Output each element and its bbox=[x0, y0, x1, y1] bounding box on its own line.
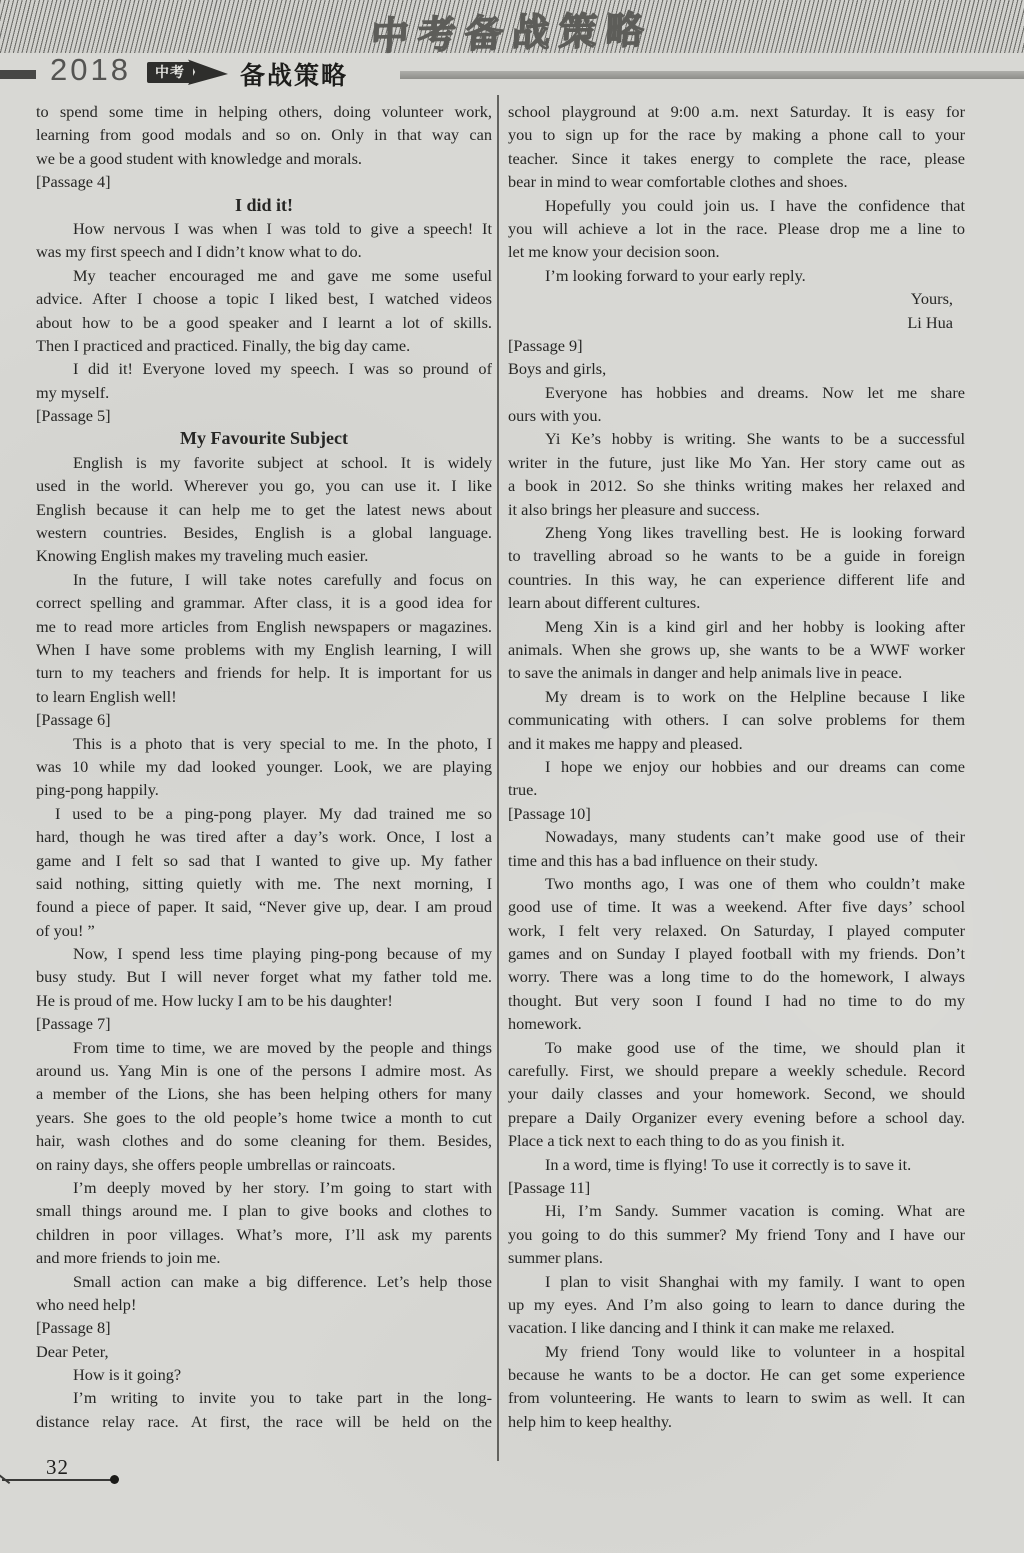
text-line: communicating with others. I can solve p… bbox=[508, 708, 965, 731]
text-line: around us. Yang Min is one of the person… bbox=[36, 1059, 492, 1082]
text-line: advice. After I choose a topic I liked b… bbox=[36, 287, 492, 310]
scanned-book-page: 中考备战策略 2018 中考 备战策略 to spend some time i… bbox=[0, 0, 1024, 1553]
text-line: to spend some time in helping others, do… bbox=[36, 100, 492, 123]
text-line: How is it going? bbox=[36, 1363, 492, 1386]
text-line: found a piece of paper. It said, “Never … bbox=[36, 895, 492, 918]
text-line: My dream is to work on the Helpline beca… bbox=[508, 685, 965, 708]
text-line: From time to time, we are moved by the p… bbox=[36, 1036, 492, 1059]
text-line: Boys and girls, bbox=[508, 357, 965, 380]
text-line: Place a tick next to each thing to do as… bbox=[508, 1129, 965, 1152]
text-line: I used to be a ping-pong player. My dad … bbox=[36, 802, 492, 825]
header-badge: 中考 bbox=[147, 62, 193, 83]
text-line: I’m deeply moved by her story. I’m going… bbox=[36, 1176, 492, 1199]
signature-line: Yours, bbox=[508, 287, 965, 310]
passage-label: [Passage 11] bbox=[508, 1176, 965, 1199]
left-column: to spend some time in helping others, do… bbox=[36, 100, 492, 1433]
text-line: from volunteering. He wants to learn to … bbox=[508, 1386, 965, 1409]
top-striped-banner: 中考备战策略 bbox=[0, 0, 1024, 53]
footer-dot bbox=[110, 1475, 119, 1484]
text-line: hair, wash clothes and do some cleaning … bbox=[36, 1129, 492, 1152]
text-line: a book in 2012. So she thinks writing ma… bbox=[508, 474, 965, 497]
essay-title: My Favourite Subject bbox=[36, 427, 492, 450]
text-line: ours with you. bbox=[508, 404, 965, 427]
text-line: Zheng Yong likes travelling best. He is … bbox=[508, 521, 965, 544]
text-line: about how to be a good speaker and I lea… bbox=[36, 311, 492, 334]
text-line: I hope we enjoy our hobbies and our drea… bbox=[508, 755, 965, 778]
text-line: my myself. bbox=[36, 381, 492, 404]
text-line: to travelling abroad so he wants to be a… bbox=[508, 544, 965, 567]
text-line: Now, I spend less time playing ping-pong… bbox=[36, 942, 492, 965]
text-line: vacation. I like dancing and I think it … bbox=[508, 1316, 965, 1339]
text-line: thought. But very soon I found I had no … bbox=[508, 989, 965, 1012]
passage-label: [Passage 6] bbox=[36, 708, 492, 731]
text-line: My friend Tony would like to volunteer i… bbox=[508, 1340, 965, 1363]
text-line: correct spelling and grammar. After clas… bbox=[36, 591, 492, 614]
text-line: good use of time. It was a weekend. Afte… bbox=[508, 895, 965, 918]
passage-label: [Passage 4] bbox=[36, 170, 492, 193]
text-line: who need help! bbox=[36, 1293, 492, 1316]
page-number: 32 bbox=[46, 1455, 69, 1480]
text-line: school playground at 9:00 a.m. next Satu… bbox=[508, 100, 965, 123]
passage-label: [Passage 5] bbox=[36, 404, 492, 427]
passage-label: [Passage 9] bbox=[508, 334, 965, 357]
text-line: prepare a Daily Organizer every evening … bbox=[508, 1106, 965, 1129]
text-line: and it makes me happy and pleased. bbox=[508, 732, 965, 755]
text-line: worry. There was a long time to do the h… bbox=[508, 965, 965, 988]
text-line: me to read more articles from English ne… bbox=[36, 615, 492, 638]
text-line: Two months ago, I was one of them who co… bbox=[508, 872, 965, 895]
text-line: In the future, I will take notes careful… bbox=[36, 568, 492, 591]
text-line: to save the animals in danger and help a… bbox=[508, 661, 965, 684]
text-line: Small action can make a big difference. … bbox=[36, 1270, 492, 1293]
text-line: English because it can help me to get th… bbox=[36, 498, 492, 521]
text-line: let me know your decision soon. bbox=[508, 240, 965, 263]
text-line: To make good use of the time, we should … bbox=[508, 1036, 965, 1059]
text-line: on rainy days, she offers people umbrell… bbox=[36, 1153, 492, 1176]
text-line: a member of the Lions, she has been help… bbox=[36, 1082, 492, 1105]
text-line: small things around me. I plan to give b… bbox=[36, 1199, 492, 1222]
text-line: English is my favorite subject at school… bbox=[36, 451, 492, 474]
text-line: homework. bbox=[508, 1012, 965, 1035]
text-line: busy study. But I will never forget what… bbox=[36, 965, 492, 988]
text-line: true. bbox=[508, 778, 965, 801]
passage-label: [Passage 7] bbox=[36, 1012, 492, 1035]
footer-tick-line bbox=[0, 1470, 10, 1484]
text-line: Hi, I’m Sandy. Summer vacation is coming… bbox=[508, 1199, 965, 1222]
text-line: Yi Ke’s hobby is writing. She wants to b… bbox=[508, 427, 965, 450]
text-line: you to sign up for the race by making a … bbox=[508, 123, 965, 146]
text-line: Then I practiced and practiced. Finally,… bbox=[36, 334, 492, 357]
header-year: 2018 bbox=[50, 52, 131, 88]
text-line: In a word, time is flying! To use it cor… bbox=[508, 1153, 965, 1176]
text-line: years. She goes to the old people’s home… bbox=[36, 1106, 492, 1129]
text-line: children in poor villages. What’s more, … bbox=[36, 1223, 492, 1246]
text-line: your daily classes and your homework. Se… bbox=[508, 1082, 965, 1105]
text-line: learning from good modals and so on. Onl… bbox=[36, 123, 492, 146]
text-line: Nowadays, many students can’t make good … bbox=[508, 825, 965, 848]
right-column: school playground at 9:00 a.m. next Satu… bbox=[508, 100, 965, 1433]
text-line: because he wants to be a doctor. He can … bbox=[508, 1363, 965, 1386]
passage-label: [Passage 8] bbox=[36, 1316, 492, 1339]
text-line: it also brings her pleasure and success. bbox=[508, 498, 965, 521]
header-left-bar bbox=[0, 70, 36, 79]
text-line: we be a good student with knowledge and … bbox=[36, 147, 492, 170]
text-line: When I have some problems with my Englis… bbox=[36, 638, 492, 661]
text-line: work, I felt very relaxed. On Saturday, … bbox=[508, 919, 965, 942]
text-line: teacher. Since it takes energy to comple… bbox=[508, 147, 965, 170]
scan-bottom-edge bbox=[0, 1549, 1024, 1553]
text-line: Knowing English makes my traveling much … bbox=[36, 544, 492, 567]
text-line: turn to my teachers and friends for help… bbox=[36, 661, 492, 684]
header-right-bar bbox=[400, 71, 1024, 79]
text-line: Meng Xin is a kind girl and her hobby is… bbox=[508, 615, 965, 638]
text-line: distance relay race. At first, the race … bbox=[36, 1410, 492, 1433]
text-line: said nothing, sitting quietly with me. T… bbox=[36, 872, 492, 895]
header-series-title: 备战策略 bbox=[240, 56, 348, 92]
passage-label: [Passage 10] bbox=[508, 802, 965, 825]
text-line: writer in the future, just like Mo Yan. … bbox=[508, 451, 965, 474]
text-line: This is a photo that is very special to … bbox=[36, 732, 492, 755]
banner-title: 中考备战策略 bbox=[0, 0, 1024, 69]
text-line: Hopefully you could join us. I have the … bbox=[508, 194, 965, 217]
essay-title: I did it! bbox=[36, 194, 492, 217]
text-line: ping-pong happily. bbox=[36, 778, 492, 801]
signature-line: Li Hua bbox=[508, 311, 965, 334]
text-line: and more friends to join me. bbox=[36, 1246, 492, 1269]
text-line: of you! ” bbox=[36, 919, 492, 942]
text-line: countries. In this way, he can experienc… bbox=[508, 568, 965, 591]
text-line: was 10 while my dad looked younger. Look… bbox=[36, 755, 492, 778]
footer-rule bbox=[2, 1479, 114, 1481]
text-line: to learn English well! bbox=[36, 685, 492, 708]
text-line: games and on Sunday I played football wi… bbox=[508, 942, 965, 965]
text-line: Everyone has hobbies and dreams. Now let… bbox=[508, 381, 965, 404]
text-line: you going to do this summer? My friend T… bbox=[508, 1223, 965, 1246]
text-line: summer plans. bbox=[508, 1246, 965, 1269]
text-line: He is proud of me. How lucky I am to be … bbox=[36, 989, 492, 1012]
text-line: animals. When she grows up, she wants to… bbox=[508, 638, 965, 661]
text-line: western countries. Besides, English is a… bbox=[36, 521, 492, 544]
text-line: How nervous I was when I was told to giv… bbox=[36, 217, 492, 240]
text-line: help him to keep healthy. bbox=[508, 1410, 965, 1433]
text-line: up my eyes. And I’m also going to learn … bbox=[508, 1293, 965, 1316]
text-line: Dear Peter, bbox=[36, 1340, 492, 1363]
text-line: hard, though he was tired after a day’s … bbox=[36, 825, 492, 848]
text-line: I plan to visit Shanghai with my family.… bbox=[508, 1270, 965, 1293]
text-line: used in the world. Wherever you go, you … bbox=[36, 474, 492, 497]
text-line: was my first speech and I didn’t know wh… bbox=[36, 240, 492, 263]
text-line: carefully. First, we should prepare a we… bbox=[508, 1059, 965, 1082]
text-line: I’m writing to invite you to take part i… bbox=[36, 1386, 492, 1409]
text-line: I did it! Everyone loved my speech. I wa… bbox=[36, 357, 492, 380]
text-line: game and I felt so sad that I wanted to … bbox=[36, 849, 492, 872]
column-divider bbox=[497, 95, 499, 1461]
text-line: bear in mind to wear comfortable clothes… bbox=[508, 170, 965, 193]
text-line: My teacher encouraged me and gave me som… bbox=[36, 264, 492, 287]
text-line: time and this has a bad influence on the… bbox=[508, 849, 965, 872]
text-line: learn about different cultures. bbox=[508, 591, 965, 614]
text-line: you will achieve a lot in the race. Plea… bbox=[508, 217, 965, 240]
text-line: I’m looking forward to your early reply. bbox=[508, 264, 965, 287]
